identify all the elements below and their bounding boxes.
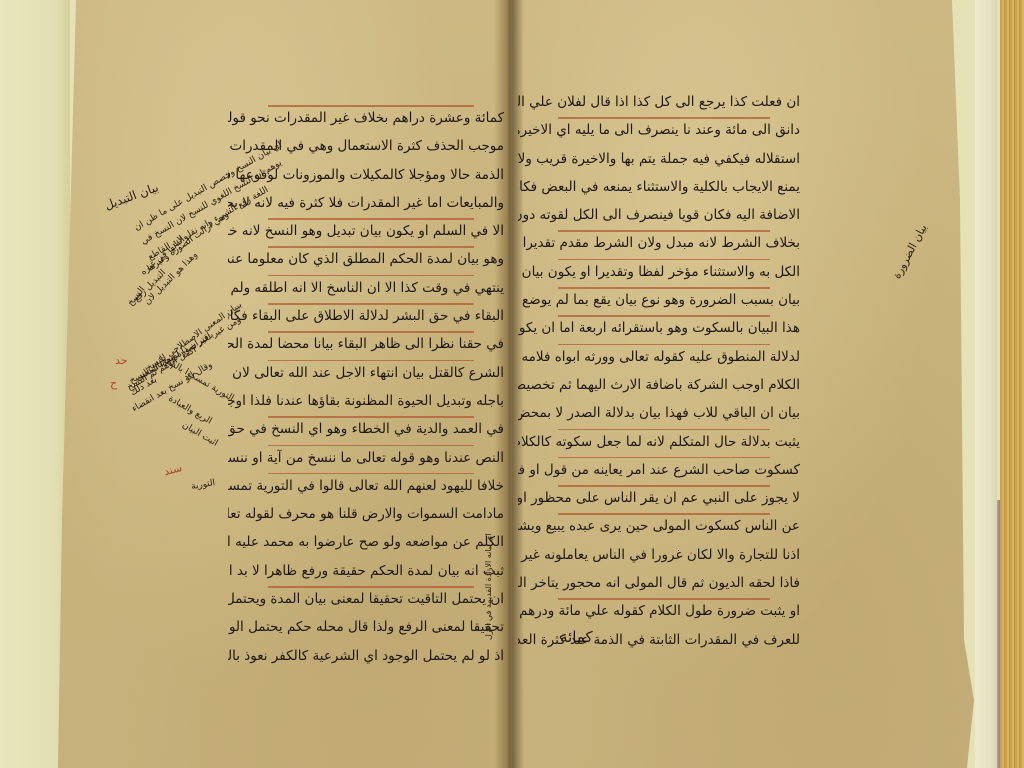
text-line: هذا البيان بالسكوت وهو باستقرائه اربعة ا… <box>518 314 800 342</box>
text-line: ينتهي في وقت كذا الا ان الناسخ الا انه ا… <box>228 274 504 302</box>
wooden-desk-surface <box>1000 0 1024 768</box>
text-line: ان يحتمل التاقيت تحقيقا لمعنى بيان المدة… <box>228 585 504 613</box>
text-line: بيان ان الباقي للاب فهذا بيان بدلالة الص… <box>518 399 800 427</box>
text-line: فاذا لحقه الديون ثم قال المولى انه محجور… <box>518 569 800 597</box>
text-line: اذ لو لم يحتمل الوجود اي الشرعية كالكفر … <box>228 642 504 670</box>
text-line: الكلام اوجب الشركة باضافة الارث اليهما ث… <box>518 371 800 399</box>
text-line: باجله وتبديل الحيوة المظنونة بقاؤها عندن… <box>228 387 504 415</box>
text-line: لدلالة المنطوق عليه كقوله تعالى وورثه اب… <box>518 343 800 371</box>
text-line: ان فعلت كذا يرجع الى كل كذا اذا قال لفلا… <box>518 88 800 116</box>
right-page-text-block: ان فعلت كذا يرجع الى كل كذا اذا قال لفلا… <box>518 88 800 654</box>
text-line: دانق الى مائة وعند نا ينصرف الى ما يليه … <box>518 116 800 144</box>
text-line: البقاء في حق البشر لدلالة الاطلاق على ال… <box>228 302 504 330</box>
text-line: لا يجوز على النبي عم ان يقر الناس على مح… <box>518 484 800 512</box>
text-line: يمنع الايجاب بالكلية والاستثناء يمنعه في… <box>518 173 800 201</box>
text-line: في العمد والدية في الخطاء وهو اي النسخ ف… <box>228 415 504 443</box>
catchword: كمائة <box>560 628 593 646</box>
left-page-text-block: كمائة وعشرة دراهم بخلاف غير المقدرات نحو… <box>228 104 504 670</box>
text-line: الا في السلم او يكون بيان تبديل وهو النس… <box>228 217 504 245</box>
text-line: وهو بيان لمدة الحكم المطلق الذي كان معلو… <box>228 245 504 273</box>
text-line: او يثبت ضرورة طول الكلام كقوله علي مائة … <box>518 597 800 625</box>
red-marginal-mark: حد <box>115 355 128 366</box>
gutter-margin-note: اي بيانه الارادة القديمة في الازل <box>484 534 493 640</box>
red-marginal-mark: ح <box>110 378 117 389</box>
mounting-board-left <box>0 0 70 768</box>
text-line: كسكوت صاحب الشرع عند امر يعاينه من قول ا… <box>518 456 800 484</box>
text-line: ثبت انه بيان لمدة الحكم حقيقة ورفع ظاهرا… <box>228 557 504 585</box>
text-line: تحقيقا لمعنى الرفع ولذا قال محله حكم يحت… <box>228 613 504 641</box>
text-line: بخلاف الشرط لانه مبدل ولان الشرط مقدم تق… <box>518 229 800 257</box>
text-line: بيان بسبب الضرورة وهو نوع بيان يقع بما ل… <box>518 286 800 314</box>
mounting-board-right <box>975 0 997 768</box>
text-line: استقلاله فيكفي فيه جملة يتم بها والاخيرة… <box>518 145 800 173</box>
text-line: عن الناس كسكوت المولى حين يرى عبده يبيع … <box>518 512 800 540</box>
text-line: النص عندنا وهو قوله تعالى ما ننسخ من آية… <box>228 444 504 472</box>
text-line: يثبت بدلالة حال المتكلم لانه لما جعل سكو… <box>518 428 800 456</box>
text-line: الشرع كالقتل بيان انتهاء الاجل عند الله … <box>228 359 504 387</box>
text-line: في حقنا نظرا الى ظاهر البقاء بيانا محضا … <box>228 330 504 358</box>
text-line: الكل به والاستثناء مؤخر لفظا وتقديرا او … <box>518 258 800 286</box>
text-line: مادامت السموات والارض قلنا هو محرف لقوله… <box>228 500 504 528</box>
text-line: خلافا لليهود لعنهم الله تعالى قالوا في ا… <box>228 472 504 500</box>
text-line: الكلم عن مواضعه ولو صح عارضوا به محمد عل… <box>228 528 504 556</box>
text-line: اذنا للتجارة والا لكان غرورا في الناس يع… <box>518 541 800 569</box>
text-line: الاضافة اليه فكان قويا فينصرف الى الكل ل… <box>518 201 800 229</box>
text-line: كمائة وعشرة دراهم بخلاف غير المقدرات نحو… <box>228 104 504 132</box>
